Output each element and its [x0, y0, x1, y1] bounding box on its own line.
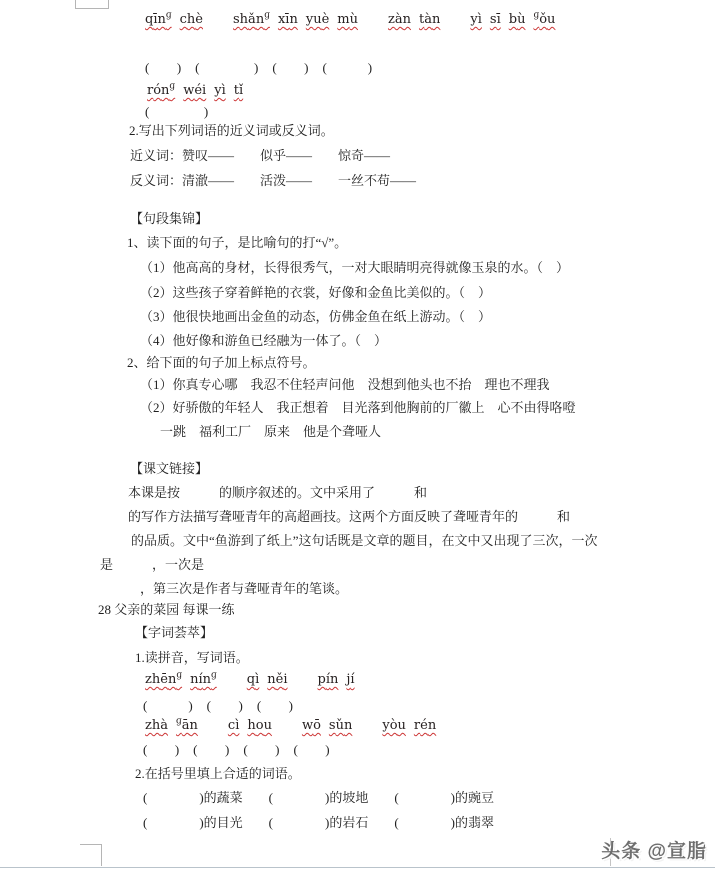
section-header-kewen: 【课文链接】	[130, 459, 208, 479]
question-2-punctuation: 2、给下面的句子加上标点符号。	[127, 353, 316, 373]
pinyin-syllable: yì	[214, 83, 226, 98]
kewen-line-4: 是 ，一次是	[100, 555, 204, 575]
pinyin-word-group: wōsǔn	[302, 716, 352, 736]
text-boundary-mark-bottom-left	[80, 844, 102, 866]
pinyin-word-group: pínjí	[318, 670, 355, 690]
pinyin-syllable: ɡān	[176, 718, 198, 733]
pinyin-word-group: rónɡwéiyìtǐ	[147, 81, 243, 101]
pinyin-syllable: tǐ	[234, 83, 243, 98]
pinyin-word-group: shǎnɡxīnyuèmù	[233, 10, 358, 30]
pinyin-word-group: yìsībùɡǒu	[470, 10, 555, 30]
metaphor-item-2: （2）这些孩子穿着鲜艳的衣裳，好像和金鱼比美似的。（ ）	[140, 283, 491, 303]
pinyin-syllable: chè	[180, 12, 203, 27]
question-1-metaphor: 1、读下面的句子，是比喻句的打“√”。	[127, 233, 347, 253]
question-1-read-pinyin: 1.读拼音，写词语。	[135, 648, 249, 668]
fill-blank-row-2: ( )的目光 ( )的岩石 ( )的翡翠	[143, 813, 494, 833]
kewen-line-5: ，第三次是作者与聋哑青年的笔谈。	[140, 579, 348, 599]
pinyin-syllable: rónɡ	[147, 83, 175, 98]
pinyin-syllable: tàn	[419, 12, 440, 27]
section-header-zici: 【字词荟萃】	[135, 623, 213, 643]
pinyin-syllable: qì	[247, 672, 260, 687]
pinyin-syllable: wéi	[183, 83, 206, 98]
kewen-line-2: 的写作方法描写聋哑青年的高超画技。这两个方面反映了聋哑青年的 和	[128, 507, 570, 527]
pinyin-row-3: zhēnɡnínɡqìněipínjí	[145, 670, 355, 690]
pinyin-syllable: ɡǒu	[533, 12, 555, 27]
antonym-row: 反义词：清澈—— 活泼—— 一丝不苟——	[130, 171, 416, 191]
answer-blanks-row-4: ( ) ( ) ( ) ( )	[143, 740, 330, 760]
section-header-juduan: 【句段集锦】	[130, 209, 208, 229]
pinyin-syllable: sǔn	[329, 718, 352, 733]
metaphor-item-3: （3）他很快地画出金鱼的动态，仿佛金鱼在纸上游动。（ ）	[140, 307, 491, 327]
pinyin-syllable: hou	[247, 718, 272, 733]
question-2-synonyms-antonyms: 2.写出下列词语的近义词或反义词。	[129, 121, 334, 141]
answer-blanks-row-1: ( ) ( ) ( ) ( )	[145, 58, 373, 78]
pinyin-syllable: bù	[509, 12, 526, 27]
pinyin-word-group: zhēnɡnínɡ	[145, 670, 217, 690]
pinyin-word-group: zàntàn	[388, 10, 440, 30]
question-2-fill-blanks: 2.在括号里填上合适的词语。	[135, 764, 301, 784]
kewen-line-1: 本课是按 的顺序叙述的。文中采用了 和	[128, 483, 427, 503]
pinyin-syllable: cì	[228, 718, 239, 733]
punctuation-item-2-continued: 一跳 福利工厂 原来 他是个聋哑人	[160, 422, 381, 442]
lesson-28-title: 28 父亲的菜园 每课一练	[98, 600, 235, 620]
pinyin-syllable: yòu	[382, 718, 406, 733]
answer-blanks-row-2: ( )	[145, 102, 209, 122]
pinyin-word-group: qìněi	[247, 670, 288, 690]
pinyin-word-group: qīnɡchè	[145, 10, 203, 30]
document-page: qīnɡchèshǎnɡxīnyuèmùzàntànyìsībùɡǒu ( ) …	[0, 0, 715, 873]
pinyin-syllable: xīn	[278, 12, 298, 27]
kewen-line-3: 的品质。文中“鱼游到了纸上”这句话既是文章的题目，在文中又出现了三次，一次	[131, 531, 598, 551]
text-boundary-mark-top-left	[75, 0, 109, 9]
page-bottom-edge	[0, 867, 715, 868]
pinyin-syllable: yuè	[306, 12, 329, 27]
pinyin-syllable: yì	[470, 12, 482, 27]
metaphor-item-4: （4）他好像和游鱼已经融为一体了。（ ）	[140, 331, 387, 351]
pinyin-syllable: nínɡ	[190, 672, 217, 687]
pinyin-syllable: něi	[267, 672, 287, 687]
pinyin-row-4: zhàɡāncìhouwōsǔnyòurén	[145, 716, 436, 736]
pinyin-syllable: rén	[414, 718, 436, 733]
metaphor-item-1: （1）他高高的身材，长得很秀气，一对大眼睛明亮得就像玉泉的水。（ ）	[140, 258, 569, 278]
pinyin-syllable: pín	[318, 672, 339, 687]
synonym-row: 近义词：赞叹—— 似乎—— 惊奇——	[130, 146, 390, 166]
pinyin-syllable: zhēnɡ	[145, 672, 182, 687]
answer-blanks-row-3: ( ) ( ) ( )	[143, 696, 293, 716]
fill-blank-row-1: ( )的蔬菜 ( )的坡地 ( )的豌豆	[143, 788, 494, 808]
punctuation-item-1: （1）你真专心哪 我忍不住轻声问他 没想到他头也不抬 理也不理我	[140, 375, 550, 395]
pinyin-row-2: rónɡwéiyìtǐ	[147, 81, 243, 101]
pinyin-syllable: sī	[490, 12, 501, 27]
pinyin-word-group: yòurén	[382, 716, 436, 736]
pinyin-syllable: zhà	[145, 718, 168, 733]
pinyin-word-group: cìhou	[228, 716, 272, 736]
pinyin-syllable: zàn	[388, 12, 411, 27]
pinyin-syllable: shǎnɡ	[233, 12, 270, 27]
pinyin-row-1: qīnɡchèshǎnɡxīnyuèmùzàntànyìsībùɡǒu	[145, 10, 555, 30]
pinyin-syllable: mù	[337, 12, 358, 27]
toutiao-watermark: 头条 @宣脂	[601, 836, 707, 863]
pinyin-syllable: qīnɡ	[145, 12, 172, 27]
pinyin-syllable: wō	[302, 718, 321, 733]
pinyin-syllable: jí	[346, 672, 354, 687]
pinyin-word-group: zhàɡān	[145, 716, 198, 736]
punctuation-item-2: （2）好骄傲的年轻人 我正想着 目光落到他胸前的厂徽上 心不由得咯噔	[140, 398, 576, 418]
